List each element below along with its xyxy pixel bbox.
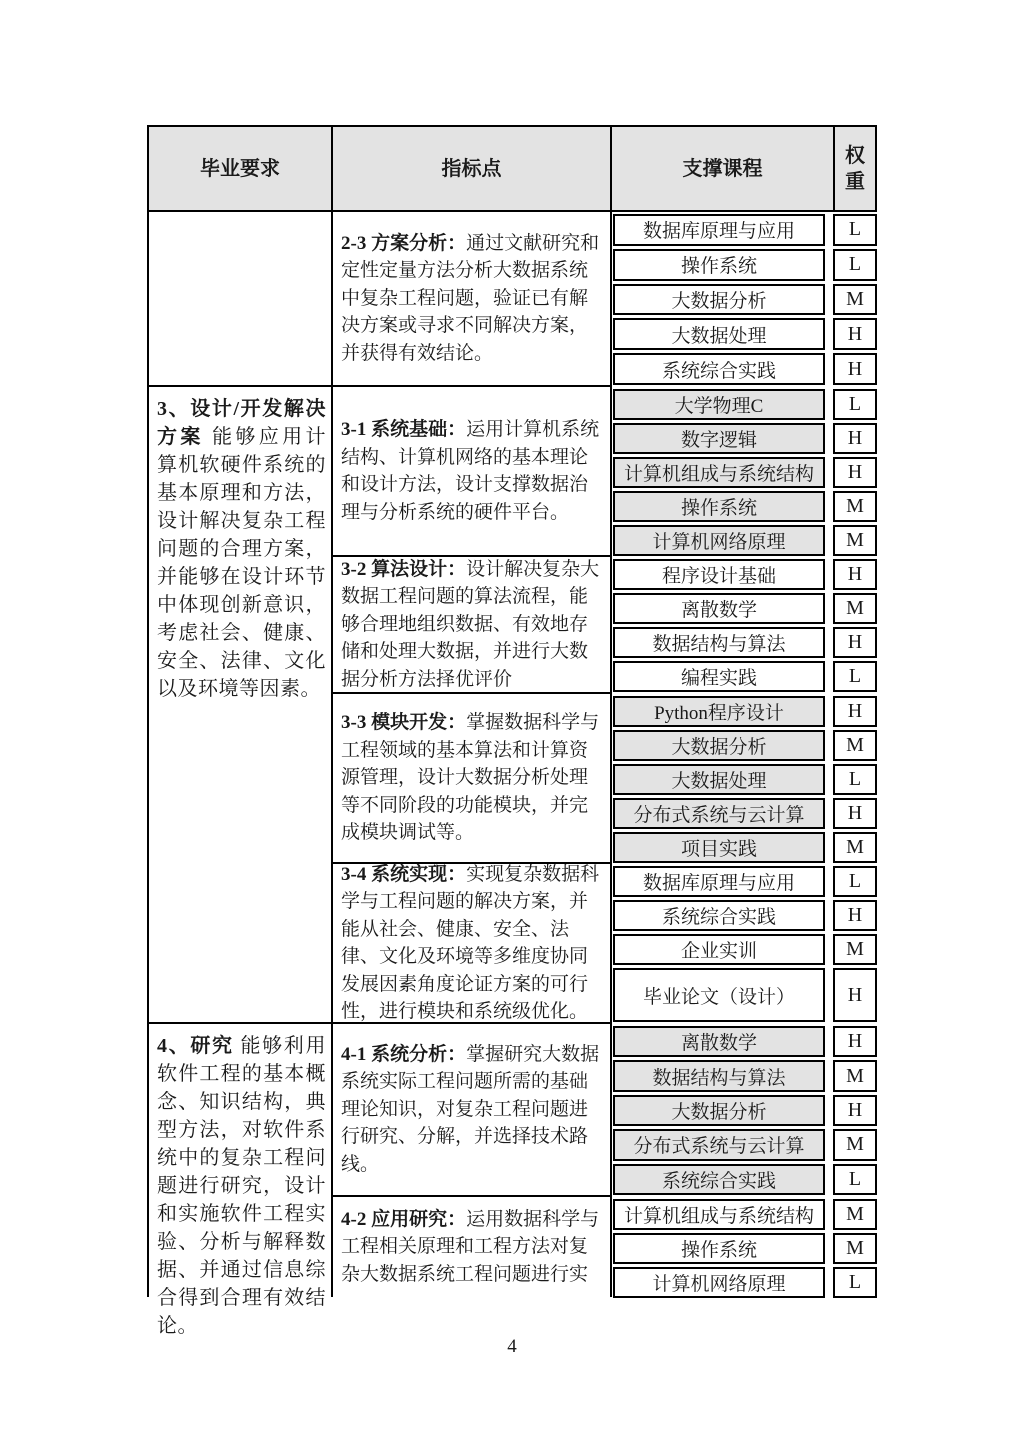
- courses-column: 程序设计基础H离散数学M数据结构与算法H编程实践L: [612, 557, 877, 694]
- course-row: 编程实践L: [613, 661, 877, 692]
- weight-cell: H: [833, 353, 877, 385]
- weight-cell: H: [833, 423, 877, 454]
- requirement-cell: [149, 212, 333, 387]
- weight-cell: M: [833, 525, 877, 556]
- course-row: 程序设计基础H: [613, 559, 877, 590]
- course-cell: 大数据处理: [613, 764, 825, 795]
- course-row: 系统综合实践L: [613, 1164, 877, 1195]
- weight-cell: L: [833, 866, 877, 897]
- course-row: 操作系统L: [613, 249, 877, 281]
- weight-cell: L: [833, 214, 877, 246]
- course-cell: 离散数学: [613, 1026, 825, 1057]
- header-graduation-requirements: 毕业要求: [149, 127, 333, 210]
- indicator-cell: 4-1 系统分析：掌握研究大数据系统实际工程问题所需的基础理论知识，对复杂工程问…: [333, 1024, 612, 1197]
- weight-cell: L: [833, 661, 877, 692]
- indicator-group: 2-3 方案分析：通过文献研究和定性定量方法分析大数据系统中复杂工程问题，验证已…: [333, 212, 877, 387]
- weight-cell: M: [833, 284, 877, 316]
- course-cell: 数字逻辑: [613, 423, 825, 454]
- courses-column: Python程序设计H大数据分析M大数据处理L分布式系统与云计算H项目实践M: [612, 694, 877, 864]
- course-cell: 大数据处理: [613, 318, 825, 350]
- course-cell: 大数据分析: [613, 730, 825, 761]
- course-row: 大数据分析H: [613, 1095, 877, 1126]
- indicator-group: 4-1 系统分析：掌握研究大数据系统实际工程问题所需的基础理论知识，对复杂工程问…: [333, 1024, 877, 1197]
- course-row: 数据结构与算法H: [613, 627, 877, 658]
- course-cell: 企业实训: [613, 934, 825, 965]
- course-cell: 计算机组成与系统结构: [613, 457, 825, 488]
- courses-column: 计算机组成与系统结构M操作系统M计算机网络原理L: [612, 1197, 877, 1297]
- indicator-cell: 4-2 应用研究：运用数据科学与工程相关原理和工程方法对复杂大数据系统工程问题进…: [333, 1197, 612, 1297]
- course-cell: 系统综合实践: [613, 1164, 825, 1195]
- course-row: 数字逻辑H: [613, 423, 877, 454]
- weight-cell: H: [833, 1026, 877, 1057]
- course-cell: 操作系统: [613, 249, 825, 281]
- indicator-group: 4-2 应用研究：运用数据科学与工程相关原理和工程方法对复杂大数据系统工程问题进…: [333, 1197, 877, 1297]
- weight-cell: H: [833, 798, 877, 829]
- courses-column: 数据库原理与应用L系统综合实践H企业实训M毕业论文（设计）H: [612, 864, 877, 1024]
- course-cell: 数据结构与算法: [613, 627, 825, 658]
- indicator-group: 3-3 模块开发：掌握数据科学与工程领域的基本算法和计算资源管理，设计大数据分析…: [333, 694, 877, 864]
- course-row: 计算机组成与系统结构M: [613, 1199, 877, 1230]
- course-cell: 计算机网络原理: [613, 1267, 825, 1298]
- indicator-cell: 3-2 算法设计：设计解决复杂大数据工程问题的算法流程，能够合理地组织数据、有效…: [333, 557, 612, 694]
- course-row: 操作系统M: [613, 1233, 877, 1264]
- course-cell: 数据结构与算法: [613, 1060, 825, 1091]
- table-body: 3、设计/开发解决方案 能够应用计算机软硬件系统的基本原理和方法，设计解决复杂工…: [149, 212, 877, 1297]
- course-cell: 操作系统: [613, 1233, 825, 1264]
- weight-cell: H: [833, 900, 877, 931]
- course-cell: Python程序设计: [613, 696, 825, 727]
- course-cell: 计算机网络原理: [613, 525, 825, 556]
- course-row: 大数据分析M: [613, 730, 877, 761]
- weight-cell: L: [833, 1267, 877, 1298]
- weight-cell: H: [833, 559, 877, 590]
- courses-column: 大学物理CL数字逻辑H计算机组成与系统结构H操作系统M计算机网络原理M: [612, 387, 877, 557]
- weight-cell: H: [833, 696, 877, 727]
- weight-cell: H: [833, 318, 877, 350]
- course-row: 数据库原理与应用L: [613, 214, 877, 246]
- weight-cell: M: [833, 593, 877, 624]
- course-cell: 数据库原理与应用: [613, 214, 825, 246]
- header-indicator-points: 指标点: [333, 127, 612, 210]
- indicator-group: 3-1 系统基础：运用计算机系统结构、计算机网络的基本理论和设计方法，设计支撑数…: [333, 387, 877, 557]
- course-row: 系统综合实践H: [613, 353, 877, 385]
- indicator-group: 3-2 算法设计：设计解决复杂大数据工程问题的算法流程，能够合理地组织数据、有效…: [333, 557, 877, 694]
- indicator-cell: 3-4 系统实现：实现复杂数据科学与工程问题的解决方案，并能从社会、健康、安全、…: [333, 864, 612, 1024]
- weight-cell: L: [833, 1164, 877, 1195]
- course-row: 计算机组成与系统结构H: [613, 457, 877, 488]
- course-row: 大学物理CL: [613, 389, 877, 420]
- page-number: 4: [0, 1336, 1024, 1358]
- course-row: 企业实训M: [613, 934, 877, 965]
- weight-cell: H: [833, 627, 877, 658]
- course-row: 分布式系统与云计算H: [613, 798, 877, 829]
- course-cell: 大学物理C: [613, 389, 825, 420]
- course-row: 项目实践M: [613, 832, 877, 863]
- weight-cell: L: [833, 764, 877, 795]
- course-row: 计算机网络原理L: [613, 1267, 877, 1298]
- course-row: 毕业论文（设计）H: [613, 968, 877, 1022]
- course-cell: 程序设计基础: [613, 559, 825, 590]
- course-row: 操作系统M: [613, 491, 877, 522]
- weight-cell: H: [833, 968, 877, 1022]
- indicator-cell: 3-1 系统基础：运用计算机系统结构、计算机网络的基本理论和设计方法，设计支撑数…: [333, 387, 612, 557]
- indicator-cell: 2-3 方案分析：通过文献研究和定性定量方法分析大数据系统中复杂工程问题，验证已…: [333, 212, 612, 387]
- weight-cell: H: [833, 457, 877, 488]
- weight-cell: M: [833, 1233, 877, 1264]
- course-cell: 计算机组成与系统结构: [613, 1199, 825, 1230]
- header-weight: 权重: [835, 127, 877, 210]
- weight-cell: M: [833, 491, 877, 522]
- indicator-cell: 3-3 模块开发：掌握数据科学与工程领域的基本算法和计算资源管理，设计大数据分析…: [333, 694, 612, 864]
- course-cell: 大数据分析: [613, 1095, 825, 1126]
- indicator-groups-column: 2-3 方案分析：通过文献研究和定性定量方法分析大数据系统中复杂工程问题，验证已…: [333, 212, 877, 1297]
- requirement-cell: 3、设计/开发解决方案 能够应用计算机软硬件系统的基本原理和方法，设计解决复杂工…: [149, 387, 333, 1024]
- course-row: 系统综合实践H: [613, 900, 877, 931]
- course-row: 大数据处理L: [613, 764, 877, 795]
- course-row: 大数据处理H: [613, 318, 877, 350]
- course-cell: 分布式系统与云计算: [613, 1129, 825, 1160]
- course-cell: 编程实践: [613, 661, 825, 692]
- course-cell: 大数据分析: [613, 284, 825, 316]
- course-row: 数据库原理与应用L: [613, 866, 877, 897]
- table-header-row: 毕业要求 指标点 支撑课程 权重: [149, 127, 877, 212]
- weight-cell: M: [833, 730, 877, 761]
- weight-cell: M: [833, 1199, 877, 1230]
- curriculum-matrix-table: 毕业要求 指标点 支撑课程 权重 3、设计/开发解决方案 能够应用计算机软硬件系…: [147, 125, 877, 1297]
- course-row: 分布式系统与云计算M: [613, 1129, 877, 1160]
- header-supporting-courses: 支撑课程: [612, 127, 835, 210]
- course-row: 数据结构与算法M: [613, 1060, 877, 1091]
- courses-column: 离散数学H数据结构与算法M大数据分析H分布式系统与云计算M系统综合实践L: [612, 1024, 877, 1197]
- course-cell: 分布式系统与云计算: [613, 798, 825, 829]
- course-cell: 数据库原理与应用: [613, 866, 825, 897]
- courses-column: 数据库原理与应用L操作系统L大数据分析M大数据处理H系统综合实践H: [612, 212, 877, 387]
- weight-cell: H: [833, 1095, 877, 1126]
- course-row: Python程序设计H: [613, 696, 877, 727]
- indicator-group: 3-4 系统实现：实现复杂数据科学与工程问题的解决方案，并能从社会、健康、安全、…: [333, 864, 877, 1024]
- requirement-cell: 4、研究 能够利用软件工程的基本概念、知识结构，典型方法，对软件系统中的复杂工程…: [149, 1024, 333, 1297]
- course-cell: 系统综合实践: [613, 353, 825, 385]
- requirements-column: 3、设计/开发解决方案 能够应用计算机软硬件系统的基本原理和方法，设计解决复杂工…: [149, 212, 333, 1297]
- weight-cell: L: [833, 249, 877, 281]
- course-row: 计算机网络原理M: [613, 525, 877, 556]
- course-cell: 离散数学: [613, 593, 825, 624]
- course-cell: 操作系统: [613, 491, 825, 522]
- course-cell: 毕业论文（设计）: [613, 968, 825, 1022]
- course-row: 离散数学H: [613, 1026, 877, 1057]
- course-row: 离散数学M: [613, 593, 877, 624]
- weight-cell: M: [833, 832, 877, 863]
- weight-cell: M: [833, 934, 877, 965]
- weight-cell: M: [833, 1060, 877, 1091]
- course-cell: 系统综合实践: [613, 900, 825, 931]
- weight-cell: M: [833, 1129, 877, 1160]
- course-cell: 项目实践: [613, 832, 825, 863]
- course-row: 大数据分析M: [613, 284, 877, 316]
- weight-cell: L: [833, 389, 877, 420]
